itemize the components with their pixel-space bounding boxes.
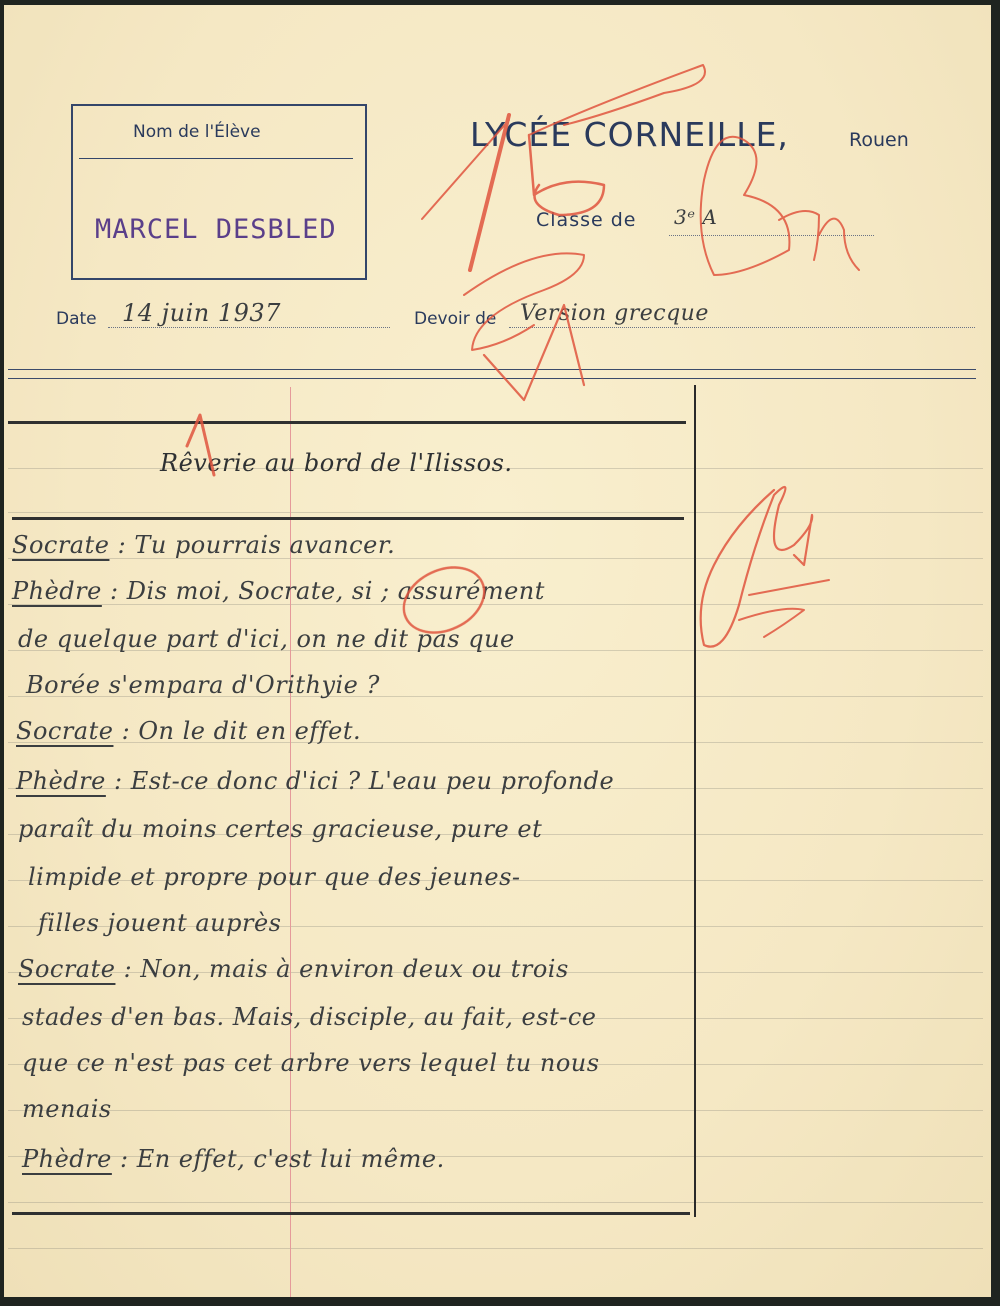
speaker-name: Phèdre bbox=[16, 767, 106, 795]
class-value: 3ᵉ A bbox=[674, 205, 717, 229]
student-name-stamp: MARCEL DESBLED bbox=[95, 214, 337, 245]
text-end-rule bbox=[12, 1212, 690, 1215]
text-line: Socrate : Non, mais à environ deux ou tr… bbox=[18, 955, 569, 983]
speaker-name: Socrate bbox=[16, 717, 113, 745]
name-label: Nom de l'Élève bbox=[133, 122, 261, 142]
ruled-line bbox=[8, 512, 983, 513]
ruled-line bbox=[8, 1248, 983, 1249]
ruled-line bbox=[8, 1202, 983, 1203]
text-line: de quelque part d'ici, on ne dit pas que bbox=[18, 625, 515, 653]
assignment-field-line bbox=[509, 327, 975, 328]
speaker-name: Socrate bbox=[18, 955, 115, 983]
date-label: Date bbox=[56, 309, 97, 329]
title-rule-top bbox=[8, 421, 686, 424]
school-city: Rouen bbox=[849, 129, 909, 151]
text-line: limpide et propre pour que des jeunes- bbox=[28, 863, 521, 891]
school-name: LYCÉE CORNEILLE, bbox=[470, 115, 789, 154]
essay-title: Rêverie au bord de l'Ilissos. bbox=[160, 449, 513, 477]
text-line: Borée s'empara d'Orithyie ? bbox=[26, 671, 380, 699]
text-line: que ce n'est pas cet arbre vers lequel t… bbox=[22, 1049, 600, 1077]
text-line: Socrate : Tu pourrais avancer. bbox=[12, 531, 395, 559]
column-divider bbox=[694, 385, 696, 1217]
text-line: Socrate : On le dit en effet. bbox=[16, 717, 361, 745]
text-line: paraît du moins certes gracieuse, pure e… bbox=[18, 815, 542, 843]
text-line: stades d'en bas. Mais, disciple, au fait… bbox=[22, 1003, 596, 1031]
name-box-divider bbox=[79, 158, 353, 159]
header-rule-bottom bbox=[8, 378, 976, 379]
text-line: Phèdre : Est-ce donc d'ici ? L'eau peu p… bbox=[16, 767, 614, 795]
speaker-name: Phèdre bbox=[12, 577, 102, 605]
student-name-box: Nom de l'Élève MARCEL DESBLED bbox=[71, 104, 367, 280]
speaker-name: Socrate bbox=[12, 531, 109, 559]
date-value: 14 juin 1937 bbox=[122, 299, 281, 327]
text-line: menais bbox=[22, 1095, 112, 1123]
ruled-line bbox=[8, 1110, 983, 1111]
assignment-value: Version grecque bbox=[520, 301, 709, 326]
date-field-line bbox=[108, 327, 390, 328]
text-line: filles jouent auprès bbox=[38, 909, 281, 937]
class-field-line bbox=[669, 235, 874, 236]
header-rule-top bbox=[8, 369, 976, 370]
text-line: Phèdre : En effet, c'est lui même. bbox=[22, 1145, 445, 1173]
class-label: Classe de bbox=[536, 209, 636, 231]
speaker-name: Phèdre bbox=[22, 1145, 112, 1173]
assignment-label: Devoir de bbox=[414, 309, 496, 329]
exam-sheet: Nom de l'Élève MARCEL DESBLED LYCÉE CORN… bbox=[4, 5, 991, 1297]
text-line: Phèdre : Dis moi, Socrate, si ; assuréme… bbox=[12, 577, 545, 605]
title-rule-bottom bbox=[12, 517, 684, 520]
